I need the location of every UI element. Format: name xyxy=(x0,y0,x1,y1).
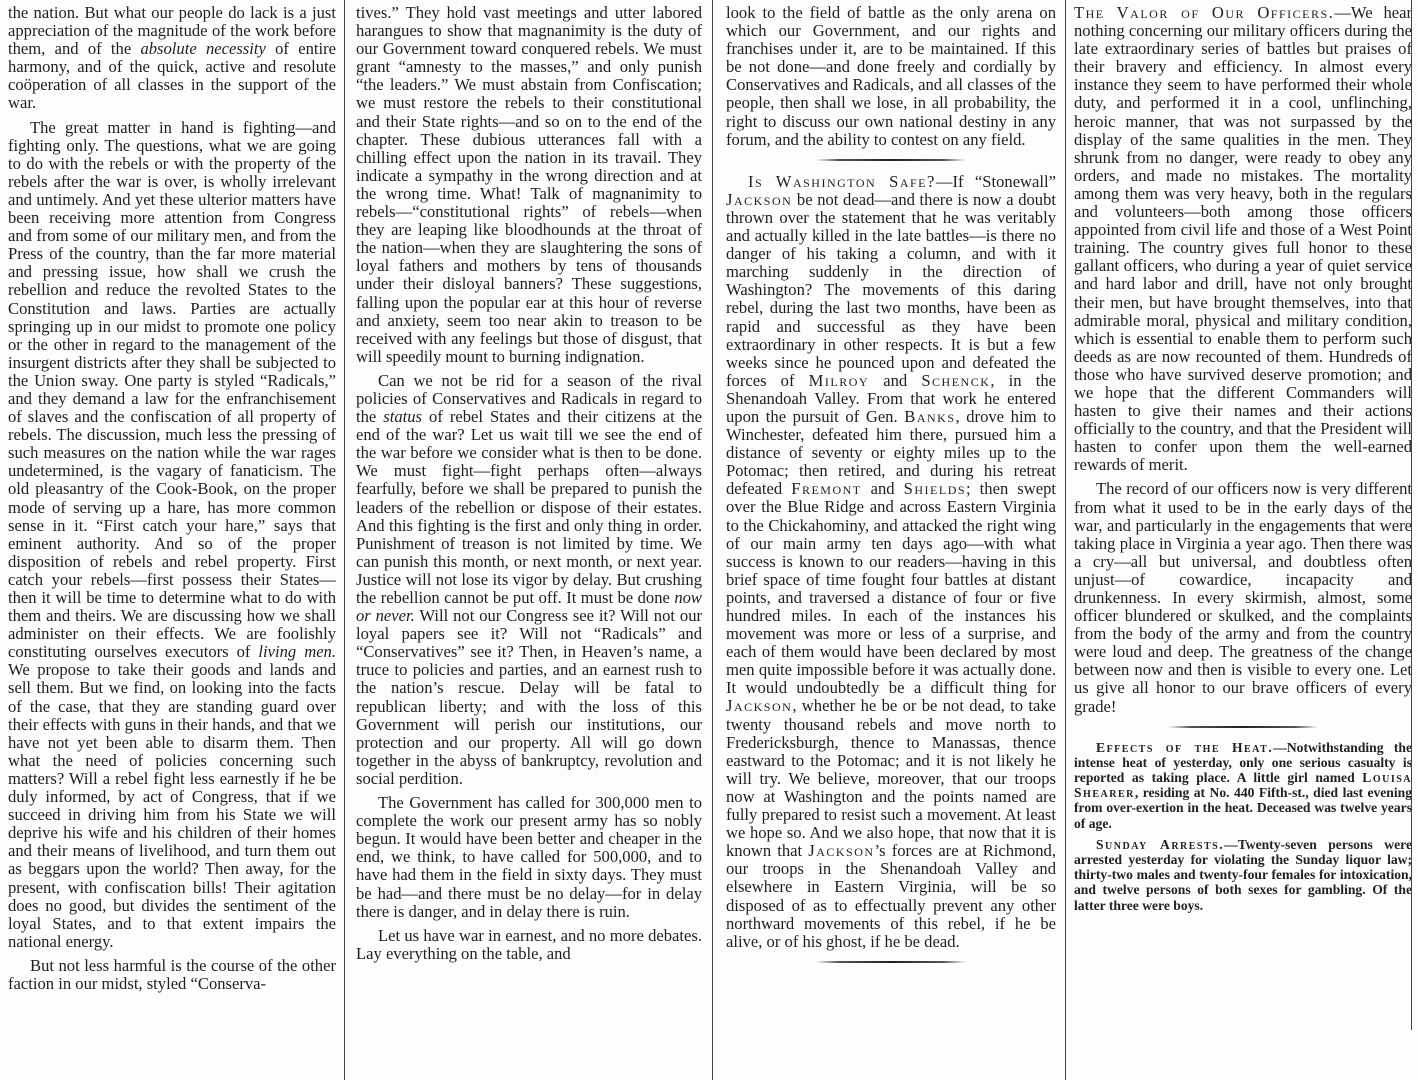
article-paragraph: look to the field of battle as the only … xyxy=(726,4,1056,149)
article-paragraph: Can we not be rid for a season of the ri… xyxy=(356,372,702,788)
article-paragraph: The Government has called for 300,000 me… xyxy=(356,794,702,921)
body-text: But not less harmful is the course of th… xyxy=(8,956,336,993)
article-separator xyxy=(816,961,966,963)
column-4: The Valor of Our Officers.—We hear nothi… xyxy=(1074,0,1412,913)
smallcaps-heading: Schenck xyxy=(921,371,990,390)
article-separator xyxy=(816,159,966,161)
body-text: We propose to take their goods and lands… xyxy=(8,660,336,950)
article-paragraph: Let us have war in earnest, and no more … xyxy=(356,927,702,963)
emphasis-text: status xyxy=(383,407,422,426)
body-text: ; then swept over the Blue Ridge and acr… xyxy=(726,479,1056,697)
article-paragraph: The Valor of Our Officers.—We hear nothi… xyxy=(1074,4,1412,474)
article-paragraph: The great matter in hand is fighting—and… xyxy=(8,119,336,951)
article-paragraph: The record of our officers now is very d… xyxy=(1074,480,1412,715)
smallcaps-heading: Shields xyxy=(904,479,966,498)
article-separator xyxy=(1168,726,1318,728)
emphasis-text: absolute necessity xyxy=(140,39,265,58)
body-text: and xyxy=(862,479,904,498)
smallcaps-heading: Milroy xyxy=(809,371,869,390)
article-paragraph: But not less harmful is the course of th… xyxy=(8,957,336,993)
article-paragraph: Is Washington Safe?—If “Stonewall” Jacks… xyxy=(726,173,1056,951)
body-text: look to the field of battle as the only … xyxy=(726,3,1056,149)
body-text: The record of our officers now is very d… xyxy=(1074,479,1412,715)
column-3: look to the field of battle as the only … xyxy=(726,0,1056,975)
article-paragraph: tives.” They hold vast meetings and utte… xyxy=(356,4,702,366)
body-text: —We hear nothing concerning our military… xyxy=(1074,3,1412,474)
smallcaps-heading: Jackson xyxy=(726,190,792,209)
column-1: the nation. But what our people do lack … xyxy=(8,0,336,993)
article-paragraph: Sunday Arrests.—Twenty-seven persons wer… xyxy=(1074,837,1412,913)
body-text: tives.” They hold vast meetings and utte… xyxy=(356,3,702,366)
body-text: and xyxy=(869,371,921,390)
body-text: The great matter in hand is fighting—and… xyxy=(8,118,336,662)
body-text: be not dead—and there is now a doubt thr… xyxy=(726,190,1056,390)
column-divider xyxy=(344,0,345,1080)
smallcaps-heading: Jackson xyxy=(808,841,874,860)
local-news-briefs: Effects of the Heat.—Notwithstanding the… xyxy=(1074,740,1412,913)
smallcaps-heading: Jackson xyxy=(726,696,792,715)
body-text: Let us have war in earnest, and no more … xyxy=(356,926,702,963)
body-text: Will not our Congress see it? Will not o… xyxy=(356,606,702,788)
body-text: The Government has called for 300,000 me… xyxy=(356,793,702,921)
emphasis-text: living men. xyxy=(258,642,336,661)
body-text: —If “Stonewall” xyxy=(936,172,1056,191)
column-2: tives.” They hold vast meetings and utte… xyxy=(356,0,702,963)
smallcaps-heading: Fremont xyxy=(791,479,861,498)
smallcaps-heading: Is Washington Safe? xyxy=(748,172,936,191)
right-border xyxy=(1411,0,1412,1030)
smallcaps-heading: The Valor of Our Officers. xyxy=(1074,3,1334,22)
smallcaps-heading: Banks xyxy=(904,407,955,426)
article-paragraph: Effects of the Heat.—Notwithstanding the… xyxy=(1074,740,1412,831)
body-text: of rebel States and their citizens at th… xyxy=(356,407,702,607)
body-text: , whether he be or be not dead, to take … xyxy=(726,696,1056,860)
smallcaps-heading: Sunday Arrests. xyxy=(1096,837,1224,852)
article-paragraph: the nation. But what our people do lack … xyxy=(8,4,336,113)
smallcaps-heading: Effects of the Heat. xyxy=(1096,740,1273,755)
column-divider xyxy=(1065,0,1066,1080)
column-divider xyxy=(712,0,713,1080)
